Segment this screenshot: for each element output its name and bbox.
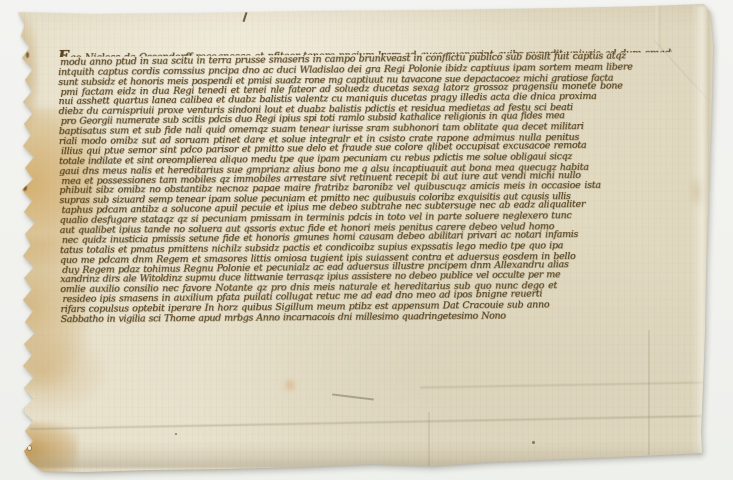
scratch-mark bbox=[332, 393, 374, 400]
parchment-shadow: Ego Nicloss de Ossendorff recognosco et … bbox=[0, 0, 733, 480]
stain-spot bbox=[284, 378, 296, 392]
edge-damage-spot bbox=[26, 52, 29, 58]
parchment-document: Ego Nicloss de Ossendorff recognosco et … bbox=[0, 0, 733, 480]
stain-left-edge-tail bbox=[16, 338, 108, 414]
bottom-edge-shading bbox=[28, 442, 702, 468]
curled-right-edge-highlight bbox=[692, 6, 710, 454]
stain-bottom-left-corner bbox=[2, 422, 78, 474]
stain-right-edge bbox=[690, 175, 706, 209]
manuscript-text-block: Ego Nicloss de Ossendorff recognosco et … bbox=[58, 41, 675, 324]
wormhole bbox=[18, 435, 21, 438]
edge-damage-spot bbox=[13, 298, 17, 304]
edge-damage-spot bbox=[18, 318, 21, 323]
edge-damage-spot bbox=[15, 226, 20, 234]
fold-crease-vertical bbox=[648, 330, 650, 455]
fold-crease-bottom bbox=[30, 415, 702, 430]
edge-damage-spot bbox=[23, 184, 27, 191]
wormhole bbox=[28, 446, 31, 450]
edge-damage-spot bbox=[20, 245, 23, 250]
wormhole bbox=[12, 458, 15, 462]
photo-background: Ego Nicloss de Ossendorff recognosco et … bbox=[0, 0, 733, 480]
dark-speck bbox=[175, 433, 177, 435]
stain-left-edge-top bbox=[8, 14, 38, 134]
wormhole bbox=[22, 454, 26, 459]
fold-crease-vertical bbox=[428, 412, 430, 467]
wormhole bbox=[13, 445, 18, 451]
dark-speck bbox=[532, 441, 535, 444]
fold-crease-middle-right bbox=[420, 381, 712, 388]
ink-mark bbox=[243, 12, 248, 22]
